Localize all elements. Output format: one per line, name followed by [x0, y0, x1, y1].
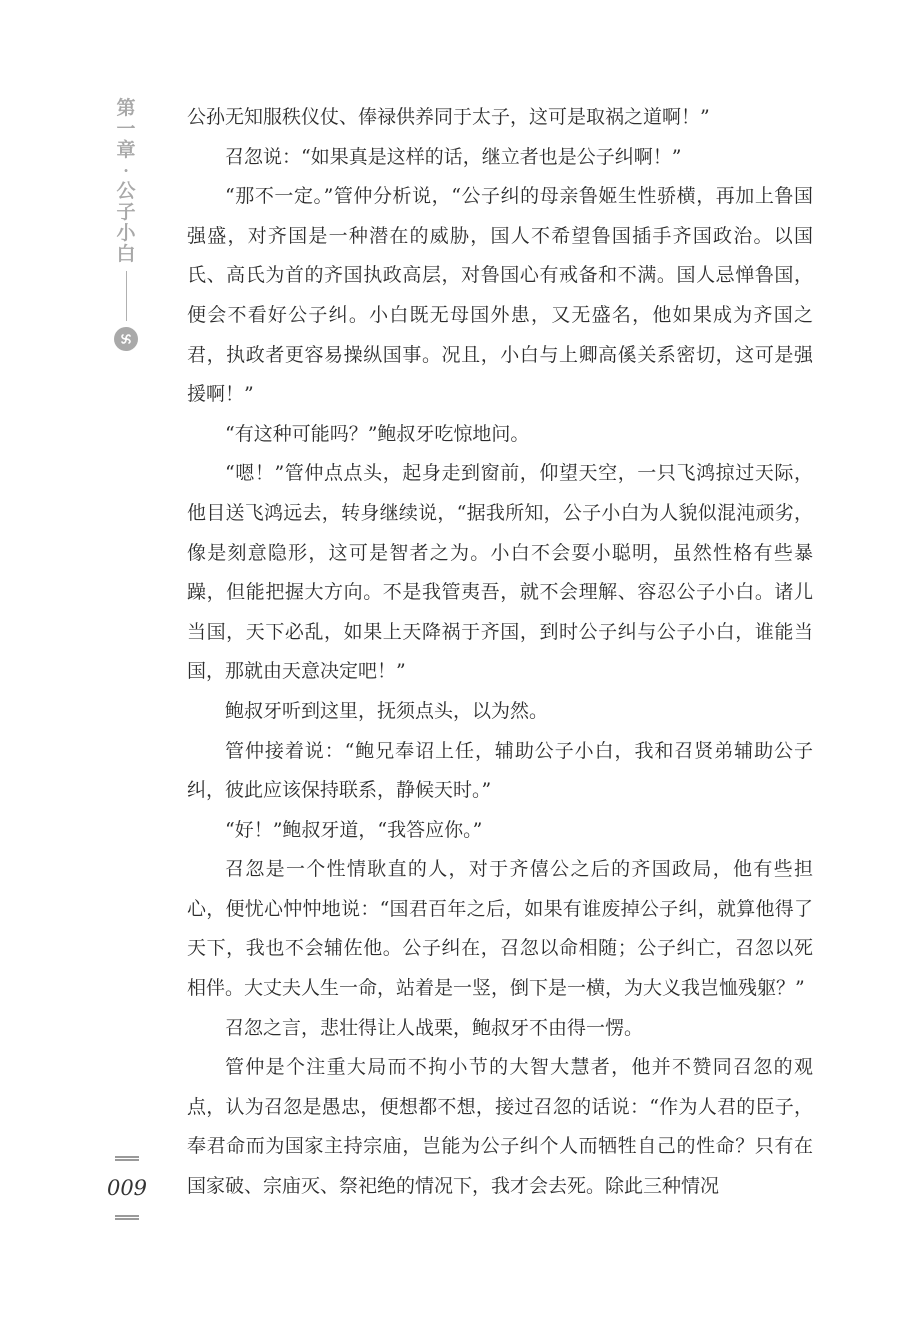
- header-char: 章: [116, 140, 135, 161]
- paragraph: 鲍叔牙听到这里，抚须点头，以为然。: [187, 692, 813, 732]
- paragraph: “嗯！”管仲点点头，起身走到窗前，仰望天空，一只飞鸿掠过天际，他目送飞鸿远去，转…: [187, 454, 813, 692]
- header-char: 公: [116, 181, 135, 202]
- folio-double-rule-top: [115, 1156, 139, 1161]
- header-separator-dot: ·: [123, 163, 129, 179]
- paragraph: 管仲是个注重大局而不拘小节的大智大慧者，他并不赞同召忽的观点，认为召忽是愚忠，便…: [187, 1048, 813, 1206]
- page-number: 009: [107, 1177, 147, 1199]
- header-char: 第: [116, 98, 135, 119]
- folio-double-rule-bottom: [115, 1215, 139, 1220]
- header-char: 一: [116, 119, 135, 140]
- paragraph: 公孙无知服秩仪仗、俸禄供养同于太子，这可是取祸之道啊！”: [187, 98, 813, 138]
- page-number-block: 009: [112, 1156, 142, 1220]
- paragraph: 召忽之言，悲壮得让人战栗，鲍叔牙不由得一愣。: [187, 1009, 813, 1049]
- paragraph: 管仲接着说：“鲍兄奉诏上任，辅助公子小白，我和召贤弟辅助公子纠，彼此应该保持联系…: [187, 732, 813, 811]
- header-char: 白: [116, 244, 135, 265]
- paragraph: 召忽是一个性情耿直的人，对于齐僖公之后的齐国政局，他有些担心，便忧心忡忡地说：“…: [187, 850, 813, 1008]
- running-chapter-header: 第 一 章 · 公 子 小 白: [113, 98, 139, 351]
- paragraph: “那不一定。”管仲分析说，“公子纠的母亲鲁姬生性骄横，再加上鲁国强盛，对齐国是一…: [187, 177, 813, 415]
- paragraph: 召忽说：“如果真是这样的话，继立者也是公子纠啊！”: [187, 138, 813, 178]
- header-vertical-rule: [126, 271, 127, 321]
- paragraph: “好！”鲍叔牙道，“我答应你。”: [187, 811, 813, 851]
- header-char: 小: [116, 223, 135, 244]
- paragraph: “有这种可能吗？”鲍叔牙吃惊地问。: [187, 415, 813, 455]
- header-char: 子: [116, 202, 135, 223]
- swirl-emblem-icon: [114, 327, 138, 351]
- body-text: 公孙无知服秩仪仗、俸禄供养同于太子，这可是取祸之道啊！” 召忽说：“如果真是这样…: [187, 98, 813, 1207]
- book-page: 第 一 章 · 公 子 小 白 009 公孙无知服秩仪仗、俸禄供养同于太子，这可: [0, 0, 913, 1338]
